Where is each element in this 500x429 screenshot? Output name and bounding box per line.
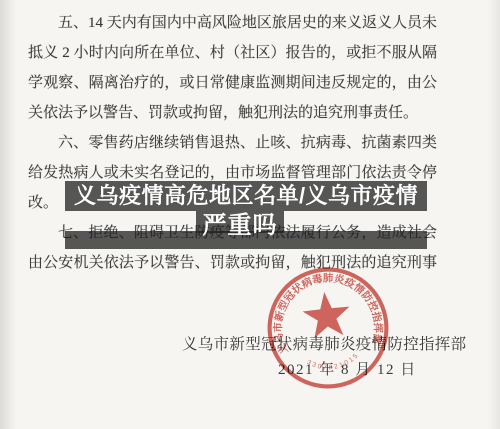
doc-line: 抵义 2 小时内向所在单位、村（社区）报告的，或拒不服从隔离医 — [28, 38, 437, 68]
seal-code: 3307821015 — [305, 351, 362, 374]
official-seal: 义乌市新型冠状病毒肺炎疫情防控指挥部 3307821015 — [260, 260, 396, 396]
doc-line: 学观察、隔离治疗的，或日常健康监测期间违反规定的，由公安机 — [28, 68, 437, 98]
doc-line: 关依法予以警告、罚款或拘留，触犯刑法的追究刑事责任。 — [28, 98, 437, 128]
doc-line: 六、零售药店继续销售退热、止咳、抗病毒、抗菌素四类药品 — [28, 128, 437, 158]
doc-line: 五、14 天内有国内中高风险地区旅居史的来义返义人员未在 — [28, 8, 437, 38]
notice-document: 五、14 天内有国内中高风险地区旅居史的来义返义人员未在 抵义 2 小时内向所在… — [0, 0, 500, 429]
caption-title-line2: 严重吗 — [157, 213, 323, 239]
seal-star — [301, 290, 353, 340]
caption-title-line1: 义乌疫情高危地区名单/义乌市疫情 — [65, 181, 427, 211]
